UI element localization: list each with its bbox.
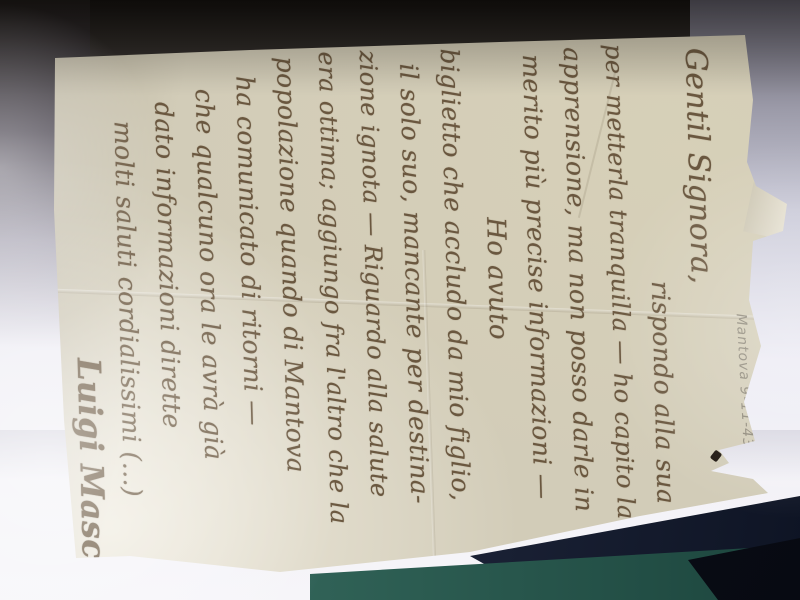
- photo-of-handwritten-letter: Gentil Signora,rispondo alla sua lettera…: [0, 0, 800, 600]
- handwritten-text-block: Gentil Signora,rispondo alla sua lettera…: [52, 41, 728, 538]
- letter-line: rispondo alla sua lettera: [640, 280, 687, 523]
- letter-line: Ho avuto: [474, 217, 523, 528]
- signature-line: Luigi Mascagni.: [68, 357, 114, 538]
